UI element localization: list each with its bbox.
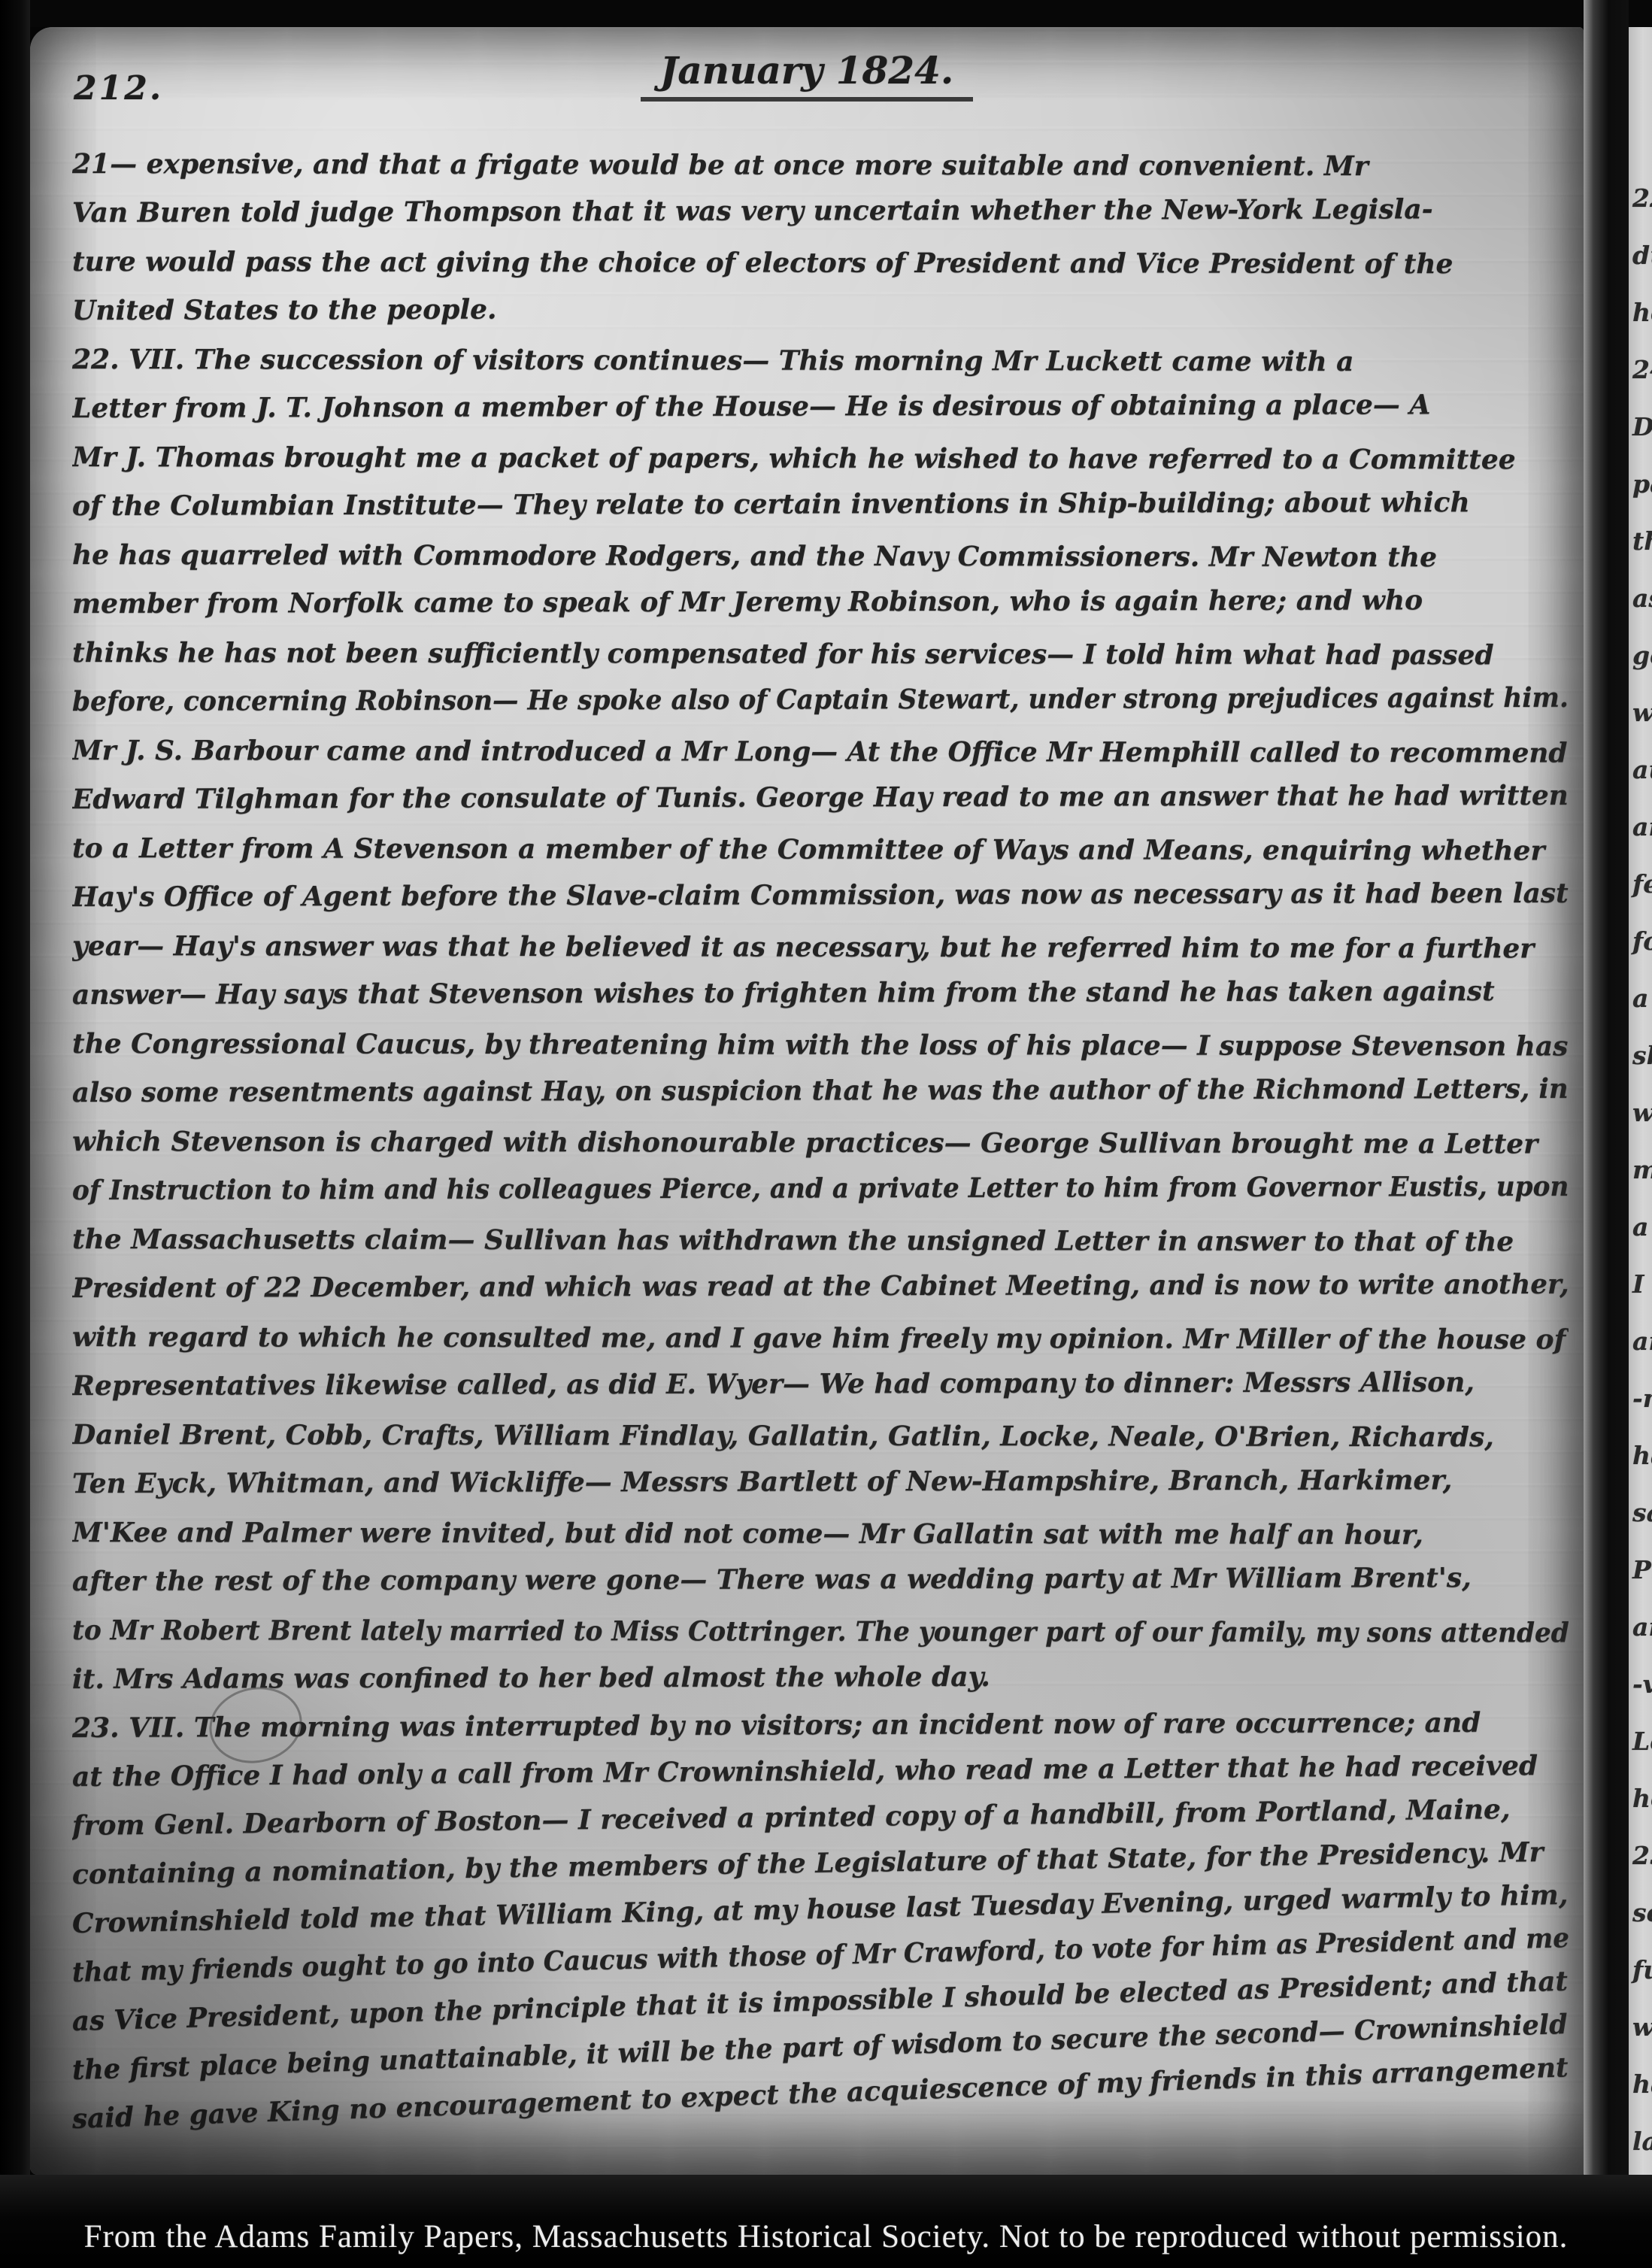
adjacent-page-line: ha — [1629, 2056, 1652, 2113]
adjacent-page-line: 24 — [1629, 341, 1652, 399]
adjacent-page-line: ash — [1629, 570, 1652, 627]
manuscript-line: M'Kee and Palmer were invited, but did n… — [72, 1508, 1569, 1560]
manuscript-text: 21— expensive, and that a frigate would … — [72, 140, 1569, 2175]
manuscript-line: Van Buren told judge Thompson that it wa… — [72, 185, 1569, 238]
adjacent-page-line: Le — [1629, 1713, 1652, 1770]
manuscript-line: before, concerning Robinson— He spoke al… — [72, 674, 1505, 726]
adjacent-page-line: her — [1629, 284, 1652, 341]
manuscript-line: Daniel Brent, Cobb, Crafts, William Find… — [72, 1411, 1569, 1462]
manuscript-line: Letter from J. T. Johnson a member of th… — [72, 381, 1569, 433]
adjacent-page-line: du — [1629, 227, 1652, 284]
manuscript-scan: 212. January 1824. 21— expensive, and th… — [0, 0, 1652, 2268]
adjacent-page-line: hor — [1629, 1770, 1652, 1827]
adjacent-page-line: w — [1629, 1999, 1652, 2056]
adjacent-page-line: pa — [1629, 456, 1652, 513]
manuscript-line: Ten Eyck, Whitman, and Wickliffe— Messrs… — [72, 1456, 1569, 1508]
manuscript-line: Mr J. Thomas brought me a packet of pape… — [72, 433, 1569, 484]
manuscript-line: member from Norfolk came to speak of Mr … — [72, 576, 1569, 629]
adjacent-page-line: sa — [1629, 1484, 1652, 1542]
adjacent-page-line: Pr — [1629, 1542, 1652, 1599]
adjacent-page-line: ge — [1629, 627, 1652, 684]
adjacent-page-line: the — [1629, 513, 1652, 570]
adjacent-page-line: an — [1629, 1599, 1652, 1656]
manuscript-line: 21— expensive, and that a frigate would … — [72, 140, 1569, 191]
manuscript-line: 22. VII. The succession of visitors cont… — [72, 335, 1569, 387]
adjacent-page-line: an — [1629, 799, 1652, 856]
manuscript-line: Representatives likewise called, as did … — [72, 1358, 1569, 1411]
adjacent-page-line: fea — [1629, 856, 1652, 913]
adjacent-page-line: au — [1629, 741, 1652, 799]
page-header-date: January 1824. — [641, 48, 974, 102]
adjacent-page-line: la — [1629, 2113, 1652, 2170]
manuscript-line: he has quarreled with Commodore Rodgers,… — [72, 531, 1569, 582]
adjacent-page-line: -me — [1629, 1370, 1652, 1427]
manuscript-line: which Stevenson is charged with dishonou… — [72, 1117, 1569, 1169]
adjacent-page-line: me — [1629, 1142, 1652, 1199]
manuscript-line: to Mr Robert Brent lately married to Mis… — [72, 1606, 1499, 1657]
manuscript-line: ture would pass the act giving the choic… — [72, 238, 1569, 289]
manuscript-line: after the rest of the company were gone—… — [72, 1554, 1569, 1606]
manuscript-line: Mr J. S. Barbour came and introduced a M… — [72, 726, 1561, 778]
adjacent-page-line: a C — [1629, 970, 1652, 1027]
adjacent-page-line: 22 — [1629, 170, 1652, 227]
adjacent-page-line: wa — [1629, 684, 1652, 741]
adjacent-page-edge: 22duher24Dapatheashgewaauanfeafora Cskwa… — [1629, 27, 1652, 2177]
manuscript-line: answer— Hay says that Stevenson wishes t… — [72, 967, 1569, 1020]
manuscript-line: to a Letter from A Stevenson a member of… — [72, 824, 1569, 875]
page-header: January 1824. — [30, 48, 1584, 102]
manuscript-line: year— Hay's answer was that he believed … — [72, 922, 1569, 973]
page-gutter — [1584, 0, 1629, 2177]
adjacent-page-line: 25 — [1629, 1827, 1652, 1884]
manuscript-line: President of 22 December, and which was … — [72, 1260, 1552, 1313]
manuscript-line: the Massachusetts claim— Sullivan has wi… — [72, 1215, 1569, 1266]
manuscript-line: Hay's Office of Agent before the Slave-c… — [72, 869, 1567, 922]
manuscript-line: of Instruction to him and his colleagues… — [72, 1163, 1497, 1215]
manuscript-line: also some resentments against Hay, on su… — [72, 1065, 1538, 1117]
adjacent-page-line: ser — [1629, 1884, 1652, 1942]
manuscript-line: thinks he has not been sufficiently comp… — [72, 629, 1569, 680]
adjacent-page-line: fu — [1629, 1942, 1652, 1999]
adjacent-page-line: Da — [1629, 399, 1652, 456]
manuscript-line: United States to the people. — [72, 283, 1569, 335]
scanner-border-top — [0, 0, 1652, 27]
attribution-caption: From the Adams Family Papers, Massachuse… — [0, 2218, 1652, 2255]
manuscript-line: it. Mrs Adams was confined to her bed al… — [72, 1651, 1569, 1704]
footer-bar: From the Adams Family Papers, Massachuse… — [0, 2175, 1652, 2268]
manuscript-line: the Congressional Caucus, by threatening… — [72, 1020, 1566, 1071]
scanner-border-left — [0, 0, 30, 2177]
manuscript-line: Edward Tilghman for the consulate of Tun… — [72, 772, 1563, 824]
diary-page: 212. January 1824. 21— expensive, and th… — [30, 27, 1584, 2175]
adjacent-page-line: for — [1629, 913, 1652, 970]
manuscript-line: with regard to which he consulted me, an… — [72, 1313, 1569, 1364]
manuscript-line: of the Columbian Institute— They relate … — [72, 478, 1569, 531]
adjacent-page-line: I h — [1629, 1256, 1652, 1313]
adjacent-page-line: wa — [1629, 1084, 1652, 1142]
adjacent-page-line: sk — [1629, 1027, 1652, 1084]
adjacent-page-line: a b — [1629, 1199, 1652, 1256]
adjacent-page-line: -va — [1629, 1656, 1652, 1713]
adjacent-page-line: ha — [1629, 1427, 1652, 1484]
adjacent-page-line: an — [1629, 1313, 1652, 1370]
